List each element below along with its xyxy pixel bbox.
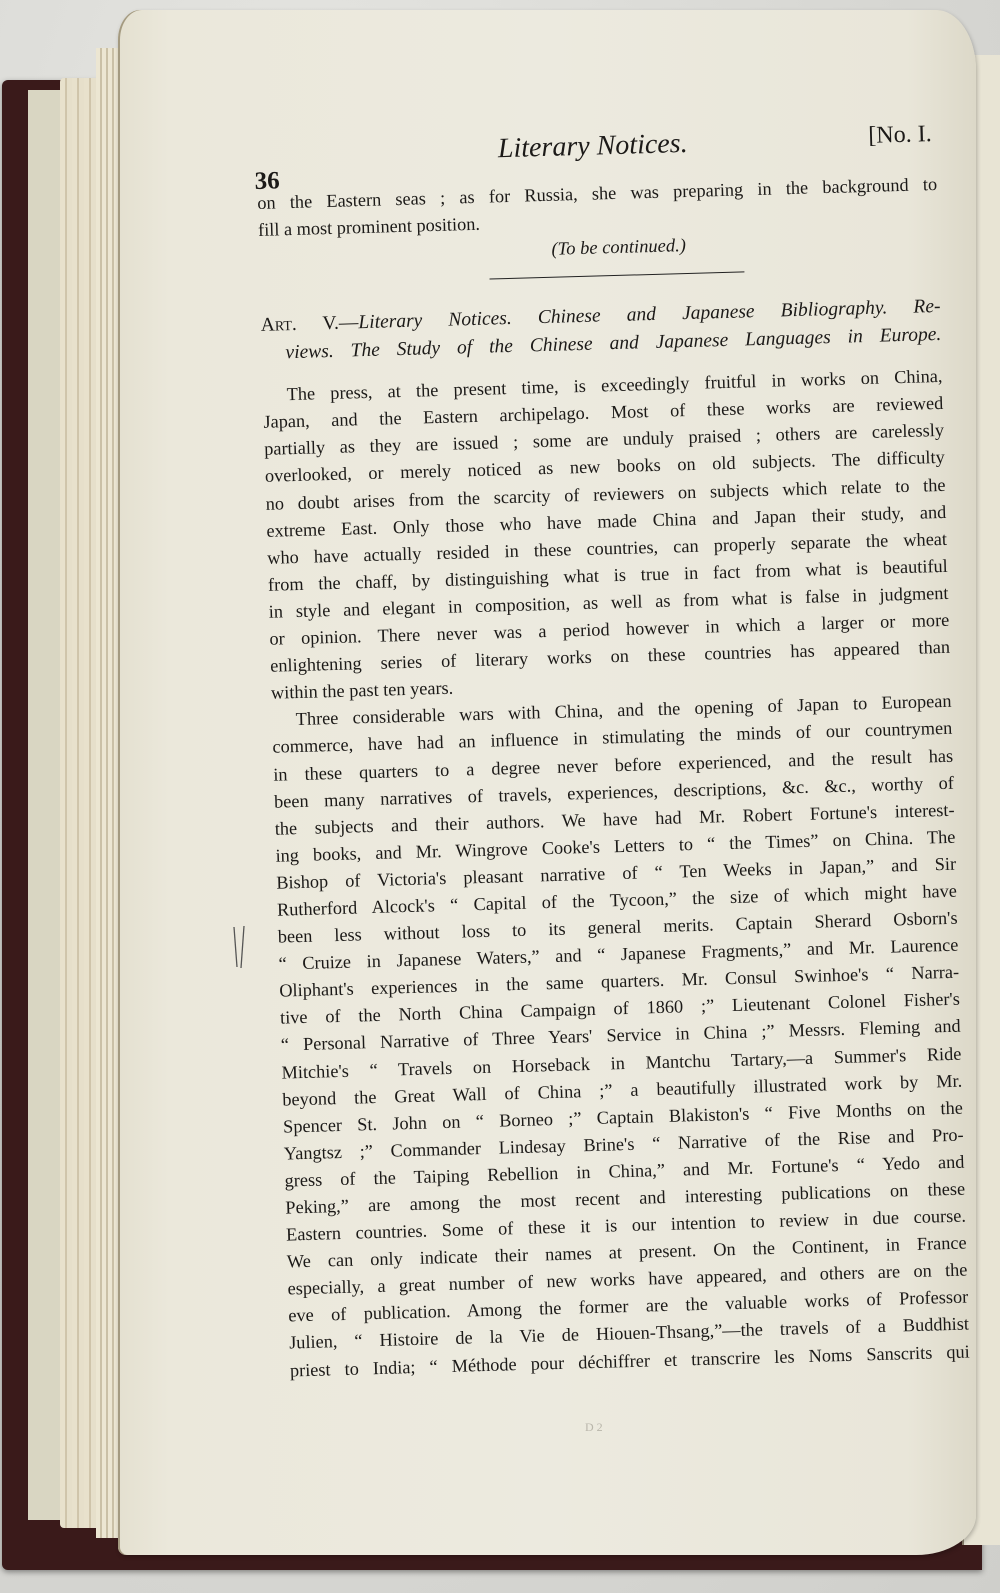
signature-mark: D 2 — [585, 1420, 603, 1435]
page-number: 36 — [254, 167, 280, 196]
running-title: Literary Notices. — [497, 128, 688, 165]
section-divider — [490, 272, 745, 280]
paragraph-2: Three considerable wars with China, and … — [271, 688, 970, 1384]
pencil-margin-mark-icon — [231, 925, 249, 969]
article-label: Art. V.— — [260, 312, 358, 336]
issue-mark: [No. I. — [868, 121, 932, 150]
page-text-block: 36 Literary Notices. [No. I. on the East… — [255, 101, 970, 1384]
paragraph-1: The press, at the present time, is excee… — [262, 363, 951, 707]
